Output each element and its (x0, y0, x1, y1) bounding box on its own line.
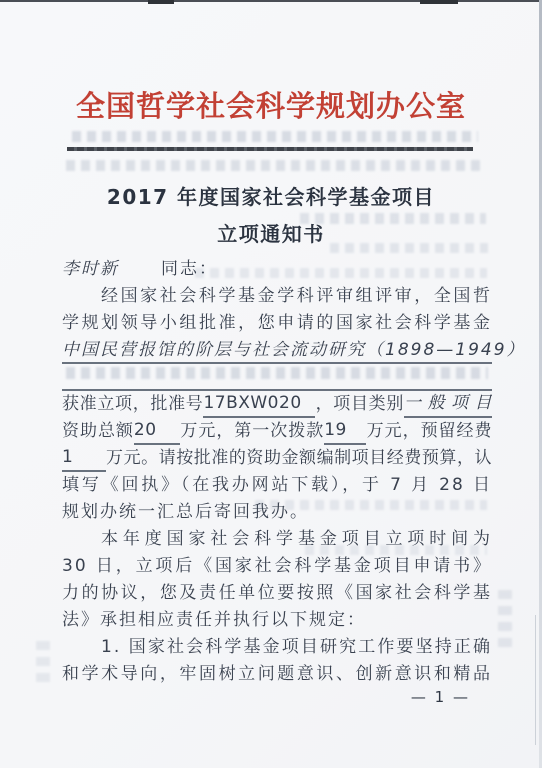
paragraph-line: 30 日，立项后《国家社会科学基金项目申请书》即成为有约束 (62, 553, 492, 580)
form-text: 资助总额 (62, 421, 134, 441)
paragraph-line: 规划办统一汇总后寄回我办。 (62, 499, 492, 526)
scan-artifact-tick (420, 0, 458, 4)
form-text: 万元，第一次拨款 (180, 421, 324, 441)
paragraph-line: 法》承担相应责任并执行以下规定： (62, 607, 492, 634)
reserve-form-line: 1万元。请按批准的资助金额编制项目经费预算，认真 (62, 445, 492, 472)
paragraph-line: 1. 国家社会科学基金项目研究工作要坚持正确的政治方向 (62, 634, 492, 661)
paragraph-line: 力的协议，您及责任单位要按照《国家社会科学基金管理办 (62, 580, 492, 607)
approval-form-line: 获准立项，批准号17BXW020，项目类别一般项目， (62, 391, 492, 418)
scanned-approval-letter: { "colors": { "header_red": "#c24034" },… (0, 0, 542, 768)
organization-name: 全国哲学社会科学规划办公室 (0, 84, 542, 125)
bleed-through-text (66, 160, 482, 171)
document-title: 2017 年度国家社会科学基金项目 立项通知书 (0, 179, 542, 253)
form-text: 获准立项，批准号 (62, 394, 203, 414)
project-title-filled-blank: 中国民营报馆的阶层与社会流动研究（1898—1949） (62, 337, 492, 364)
approval-number-blank: 17BXW020 (203, 391, 315, 418)
recipient-name: 李时新 (62, 256, 119, 283)
document-title-line2: 立项通知书 (0, 216, 542, 253)
paragraph-line: 填写《回执》（在我办网站下载），于 7 月 28 日前由各地社科 (62, 472, 492, 499)
page-number: — 1 — (411, 688, 470, 706)
document-title-line1: 2017 年度国家社会科学基金项目 (0, 179, 542, 216)
form-text: 万元。请按批准的资助金额编制项目经费预算，认真 (62, 448, 492, 472)
empty-fill-blank-line (62, 364, 492, 391)
total-funding-blank: 20 (134, 418, 180, 445)
form-text: 万元，预留经费 (366, 421, 492, 441)
scan-artifact-tick (148, 0, 174, 4)
salutation: 李时新同志： (62, 256, 492, 283)
bleed-through-text (72, 131, 478, 142)
letterhead-divider (67, 147, 473, 151)
bleed-through-text (498, 585, 512, 647)
paragraph-line: 学规划领导小组批准，您申请的国家社会科学基金项目 (62, 310, 492, 337)
reserve-funds-blank: 1 (62, 445, 106, 472)
paragraph-line: 本年度国家社会科学基金项目立项时间为 2017 年 6 月 (62, 526, 492, 553)
paragraph-line: 经国家社会科学基金学科评审组评审，全国哲学社会科 (62, 283, 492, 310)
paragraph-line: 和学术导向，牢固树立问题意识、创新意识和精品意识，立足学术 (62, 661, 492, 688)
salutation-suffix: 同志： (161, 259, 218, 279)
first-payment-blank: 19 (324, 418, 366, 445)
project-category-blank: 一般项目 (404, 391, 492, 418)
form-text: ，项目类别 (315, 394, 404, 414)
bleed-through-text (36, 638, 50, 682)
letter-body: 李时新同志： 经国家社会科学基金学科评审组评审，全国哲学社会科 学规划领导小组批… (62, 256, 492, 688)
scan-artifact-top-edge (0, 0, 542, 2)
scan-artifact-page-edge (535, 615, 536, 745)
funding-form-line: 资助总额20万元，第一次拨款19万元，预留经费 (62, 418, 492, 445)
